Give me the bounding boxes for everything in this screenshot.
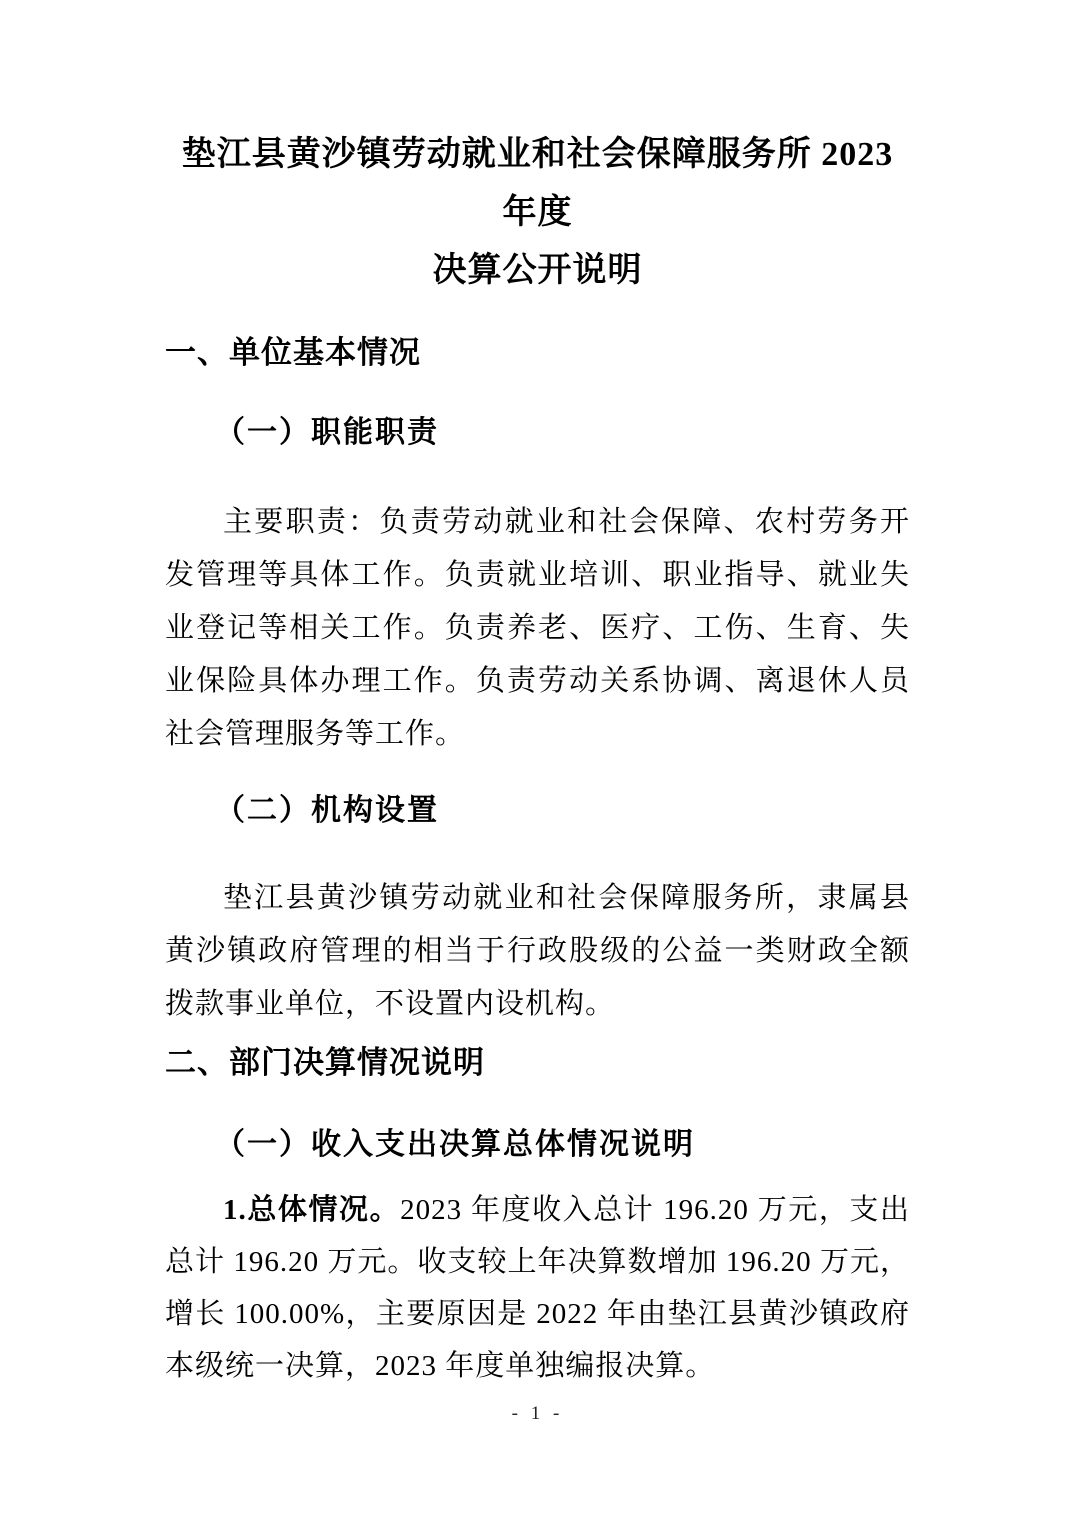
document-title-line2: 决算公开说明 (165, 242, 910, 300)
paragraph-organization: 垫江县黄沙镇劳动就业和社会保障服务所，隶属县黄沙镇政府管理的相当于行政股级的公益… (165, 872, 910, 1031)
section-heading-final-accounts: 二、部门决算情况说明 (165, 1042, 910, 1084)
paragraph-overall-situation: 1.总体情况。2023 年度收入总计 196.20 万元，支出总计 196.20… (165, 1184, 910, 1392)
subsection-heading-organization: （二）机构设置 (165, 790, 910, 832)
subsection-heading-income-expense-overview: （一）收入支出决算总体情况说明 (165, 1124, 910, 1166)
paragraph-overall-lead: 1.总体情况。 (223, 1194, 400, 1226)
page-number: - 1 - (0, 1402, 1075, 1426)
document-title-line1: 垫江县黄沙镇劳动就业和社会保障服务所 2023 年度 (165, 126, 910, 242)
document-title: 垫江县黄沙镇劳动就业和社会保障服务所 2023 年度 决算公开说明 (165, 126, 910, 300)
paragraph-duties: 主要职责：负责劳动就业和社会保障、农村劳务开发管理等具体工作。负责就业培训、职业… (165, 496, 910, 761)
document-page: 垫江县黄沙镇劳动就业和社会保障服务所 2023 年度 决算公开说明 一、单位基本… (0, 0, 1075, 1520)
section-heading-unit-basic-info: 一、单位基本情况 (165, 332, 910, 374)
subsection-heading-duties: （一）职能职责 (165, 412, 910, 454)
